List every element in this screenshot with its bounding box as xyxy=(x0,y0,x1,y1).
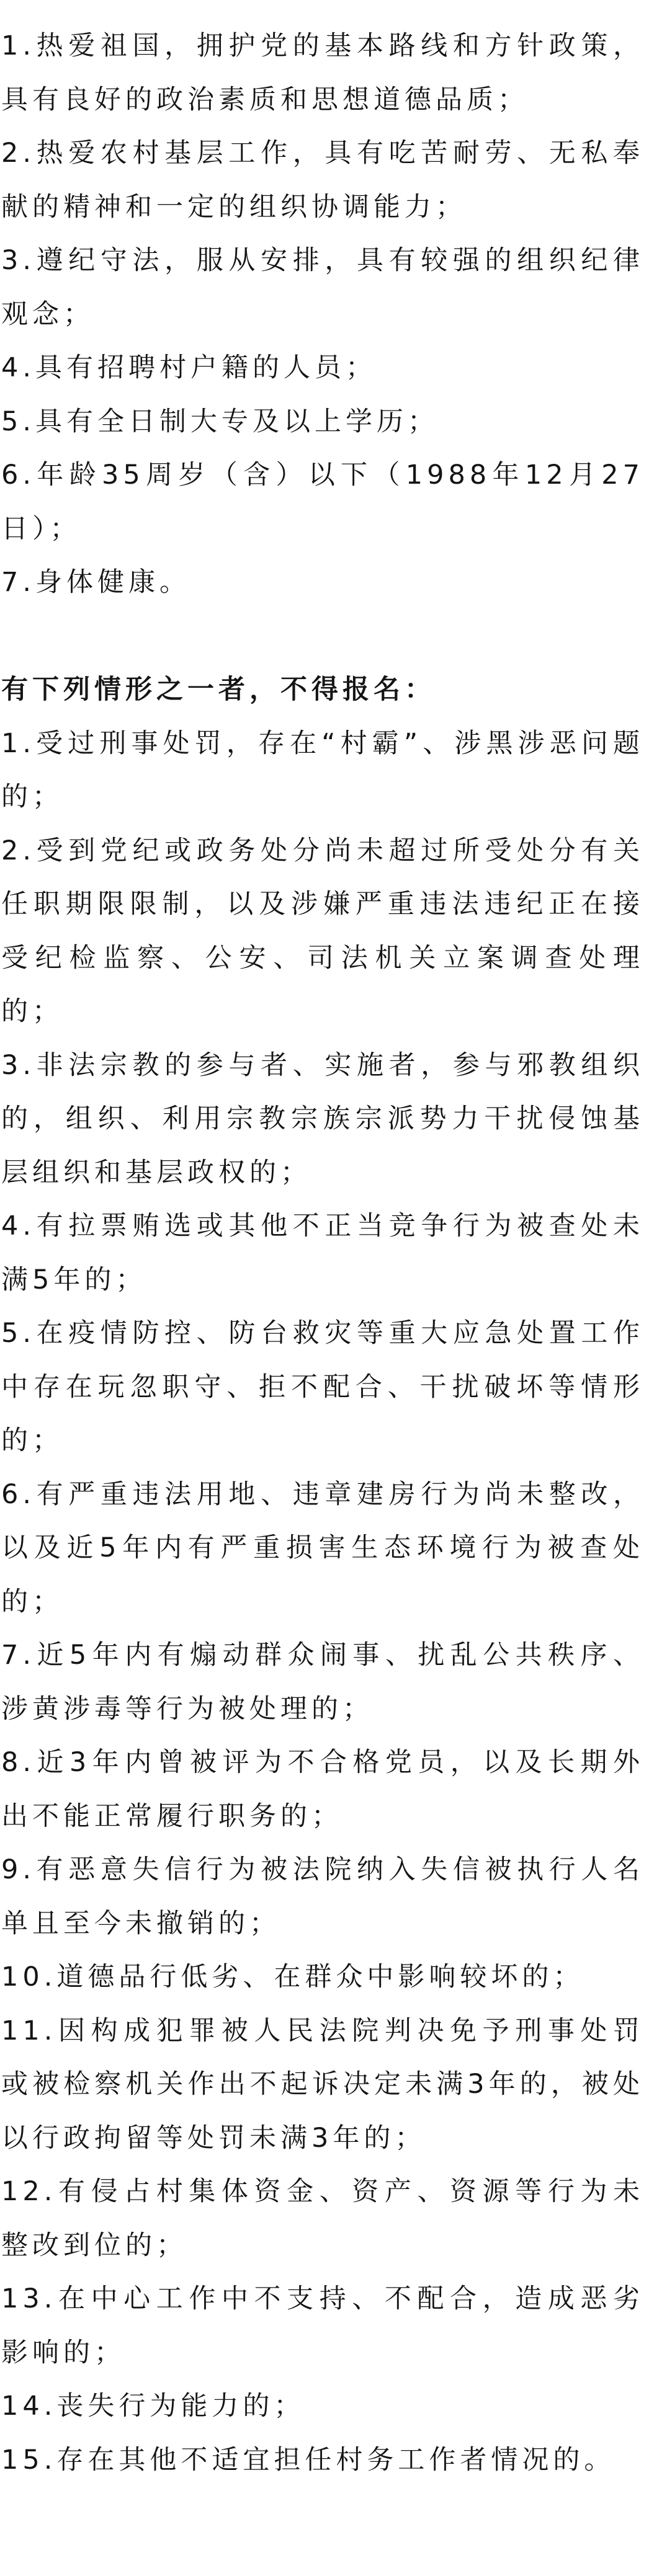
disqualification-item: 13.在中心工作中不支持、不配合，造成恶劣影响的； xyxy=(1,2272,644,2379)
eligibility-item: 2.热爱农村基层工作，具有吃苦耐劳、无私奉献的精神和一定的组织协调能力； xyxy=(1,127,644,234)
eligibility-item: 5.具有全日制大专及以上学历； xyxy=(1,395,644,449)
disqualification-item: 2.受到党纪或政务处分尚未超过所受处分有关任职期限限制，以及涉嫌严重违法违纪正在… xyxy=(1,824,644,1039)
disqualification-item: 15.存在其他不适宜担任村务工作者情况的。 xyxy=(1,2433,644,2487)
disqualification-item: 1.受过刑事处罚，存在“村霸”、涉黑涉恶问题的； xyxy=(1,717,644,824)
disqualification-item: 12.有侵占村集体资金、资产、资源等行为未整改到位的； xyxy=(1,2165,644,2272)
eligibility-item: 6.年龄35周岁（含）以下（1988年12月27日）； xyxy=(1,448,644,556)
disqualification-heading: 有下列情形之一者，不得报名： xyxy=(1,663,644,717)
disqualification-section: 有下列情形之一者，不得报名： 1.受过刑事处罚，存在“村霸”、涉黑涉恶问题的； … xyxy=(1,663,644,2487)
eligibility-section: 1.热爱祖国，拥护党的基本路线和方针政策，具有良好的政治素质和思想道德品质； 2… xyxy=(1,19,644,610)
article-body: 1.热爱祖国，拥护党的基本路线和方针政策，具有良好的政治素质和思想道德品质； 2… xyxy=(0,0,649,2576)
eligibility-item: 3.遵纪守法，服从安排，具有较强的组织纪律观念； xyxy=(1,234,644,341)
disqualification-item: 10.道德品行低劣、在群众中影响较坏的； xyxy=(1,1950,644,2004)
disqualification-item: 6.有严重违法用地、违章建房行为尚未整改，以及近5年内有严重损害生态环境行为被查… xyxy=(1,1468,644,1629)
disqualification-item: 8.近3年内曾被评为不合格党员，以及长期外出不能正常履行职务的； xyxy=(1,1736,644,1843)
disqualification-item: 5.在疫情防控、防台救灾等重大应急处置工作中存在玩忽职守、拒不配合、干扰破坏等情… xyxy=(1,1307,644,1468)
disqualification-item: 9.有恶意失信行为被法院纳入失信被执行人名单且至今未撤销的； xyxy=(1,1843,644,1950)
disqualification-item: 7.近5年内有煽动群众闹事、扰乱公共秩序、涉黄涉毒等行为被处理的； xyxy=(1,1628,644,1736)
disqualification-item: 4.有拉票贿选或其他不正当竞争行为被查处未满5年的； xyxy=(1,1199,644,1307)
disqualification-item: 14.丧失行为能力的； xyxy=(1,2379,644,2433)
disqualification-item: 11.因构成犯罪被人民法院判决免予刑事处罚或被检察机关作出不起诉决定未满3年的，… xyxy=(1,2004,644,2165)
disqualification-item: 3.非法宗教的参与者、实施者，参与邪教组织的，组织、利用宗教宗族宗派势力干扰侵蚀… xyxy=(1,1039,644,1200)
eligibility-item: 1.热爱祖国，拥护党的基本路线和方针政策，具有良好的政治素质和思想道德品质； xyxy=(1,19,644,127)
eligibility-item: 7.身体健康。 xyxy=(1,556,644,610)
eligibility-item: 4.具有招聘村户籍的人员； xyxy=(1,341,644,395)
